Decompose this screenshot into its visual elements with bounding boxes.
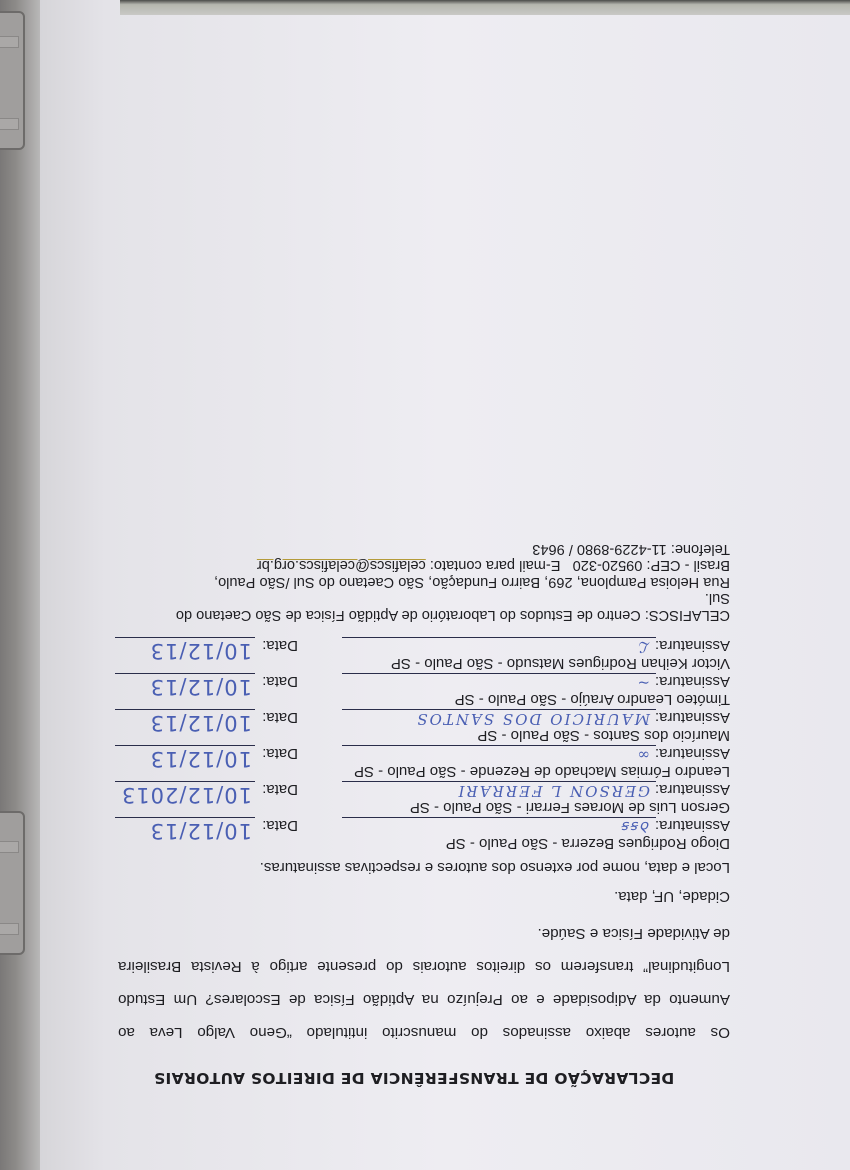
paragraph-line: Os autores abaixo assinados do manuscrit… xyxy=(118,1016,730,1049)
handwritten-signature: MAURICIO DOS SANTOS xyxy=(415,710,650,728)
city-date-line: Cidade, UF, data. xyxy=(118,888,730,905)
signature-row: Assinatura: ~ Data: 10/12/13 xyxy=(118,672,730,690)
paragraph-line: Aumento da Adiposidade e ao Prejuízo na … xyxy=(118,983,730,1016)
handwritten-signature: ℒ xyxy=(637,638,650,656)
binder-clip xyxy=(0,11,25,150)
institution-name-cont: Sul. xyxy=(118,590,730,607)
handwritten-signature: ∞ xyxy=(636,746,651,764)
handwritten-date: 10/12/13 xyxy=(150,678,252,696)
signature-label: Assinatura: xyxy=(655,708,730,726)
email-label: E-mail para contato: xyxy=(430,558,561,574)
paragraph-line: de Atividade Física e Saúde. xyxy=(118,917,730,950)
date-line xyxy=(115,817,255,818)
clip-notch xyxy=(0,923,19,935)
handwritten-date: 10/12/13 xyxy=(150,642,252,660)
postal-code: Brasil - CEP: 09520-320 xyxy=(573,558,730,574)
institution-name: CELAFISCS: Centro de Estudos do Laborató… xyxy=(118,607,730,624)
handwritten-signature: ~ xyxy=(635,674,650,692)
contact-line: Brasil - CEP: 09520-320 E-mail para cont… xyxy=(118,557,730,574)
handwritten-date: 10/12/13 xyxy=(150,822,252,840)
signature-block: Diogo Rodrigues Bezerra - São Paulo - SP… xyxy=(118,636,730,852)
document-title: DECLARAÇÃO DE TRANSFERÊNCIA DE DIREITOS … xyxy=(114,1069,714,1087)
scanned-page: DECLARAÇÃO DE TRANSFERÊNCIA DE DIREITOS … xyxy=(0,0,850,1170)
date-label: Data: xyxy=(262,672,298,690)
email-link[interactable]: celafiscs@celafiscs.org.br xyxy=(257,558,426,574)
handwritten-date: 10/12/13 xyxy=(150,750,252,768)
page-edge-shadow xyxy=(120,0,850,15)
date-line xyxy=(115,637,255,638)
scanner-bed xyxy=(0,0,40,1170)
clip-notch xyxy=(0,841,19,853)
signature-row: Assinatura: MAURICIO DOS SANTOS Data: 10… xyxy=(118,708,730,726)
signature-line xyxy=(342,637,656,638)
date-label: Data: xyxy=(262,780,298,798)
address-line: Rua Heloisa Pamplona, 269, Bairro Fundaç… xyxy=(118,574,730,591)
signature-label: Assinatura: xyxy=(655,636,730,654)
date-label: Data: xyxy=(262,744,298,762)
declaration-document: DECLARAÇÃO DE TRANSFERÊNCIA DE DIREITOS … xyxy=(118,541,730,1088)
date-line xyxy=(115,673,255,674)
signature-row: Assinatura: ꝺꞩꞩ Data: 10/12/13 xyxy=(118,816,730,834)
clip-notch xyxy=(0,36,19,48)
binder-clip xyxy=(0,811,25,955)
phone-line: Telefone: 11-4229-8980 / 9643 xyxy=(118,541,730,558)
signature-label: Assinatura: xyxy=(655,744,730,762)
signature-row: Assinatura: GERSON L FERRARI Data: 10/12… xyxy=(118,780,730,798)
date-line xyxy=(115,709,255,710)
institution-footer: CELAFISCS: Centro de Estudos do Laborató… xyxy=(118,541,730,624)
date-label: Data: xyxy=(262,816,298,834)
signature-instructions: Local e data, nome por extenso dos autor… xyxy=(118,859,730,876)
date-line xyxy=(115,781,255,782)
signature-line xyxy=(342,817,656,818)
handwritten-date: 10/12/13 xyxy=(150,714,252,732)
paragraph-line: Longitudinal” transferem os direitos aut… xyxy=(118,950,730,983)
signature-row: Assinatura: ℒ Data: 10/12/13 xyxy=(118,636,730,654)
handwritten-signature: ꝺꞩꞩ xyxy=(621,818,650,836)
signature-label: Assinatura: xyxy=(655,672,730,690)
handwritten-signature: GERSON L FERRARI xyxy=(457,782,650,800)
declaration-paragraph: Os autores abaixo assinados do manuscrit… xyxy=(118,917,730,1049)
handwritten-date: 10/12/2013 xyxy=(121,786,252,804)
date-label: Data: xyxy=(262,636,298,654)
date-line xyxy=(115,745,255,746)
signature-row: Assinatura: ∞ Data: 10/12/13 xyxy=(118,744,730,762)
clip-notch xyxy=(0,118,19,130)
date-label: Data: xyxy=(262,708,298,726)
signature-line xyxy=(342,745,656,746)
signature-label: Assinatura: xyxy=(655,780,730,798)
signature-line xyxy=(342,673,656,674)
signature-label: Assinatura: xyxy=(655,816,730,834)
